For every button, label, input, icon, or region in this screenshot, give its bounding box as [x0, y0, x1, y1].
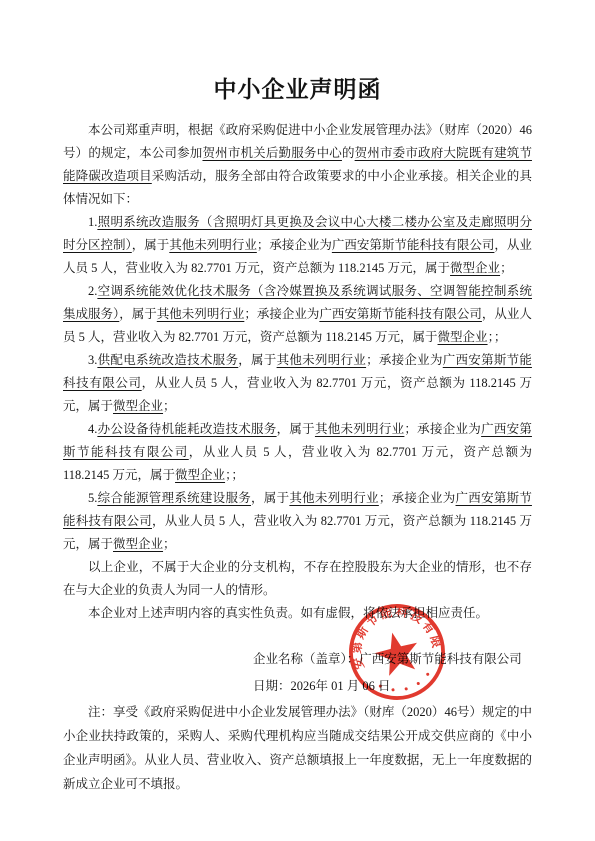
- signature-date-line: 日期：2026年 01 月 06 日: [253, 673, 532, 700]
- paragraph-item-3: 3.供配电系统改造技术服务，属于其他未列明行业；承接企业为广西安第斯节能科技有限…: [63, 349, 532, 418]
- document-title: 中小企业声明函: [0, 71, 595, 104]
- paragraph-item-1: 1.照明系统改造服务（含照明灯具更换及会议中心大楼二楼办公室及走廊照明分时分区控…: [63, 211, 532, 280]
- paragraph-item-4: 4.办公设备待机能耗改造技术服务，属于其他未列明行业；承接企业为广西安第斯节能科…: [63, 418, 532, 487]
- paragraph-responsibility: 本企业对上述声明内容的真实性负责。如有虚假，将依法承担相应责任。: [63, 602, 532, 625]
- paragraph-item-5: 5.综合能源管理系统建设服务，属于其他未列明行业；承接企业为广西安第斯节能科技有…: [63, 487, 532, 556]
- declaration-document-page: 中小企业声明函 本公司郑重声明，根据《政府采购促进中小企业发展管理办法》（财库（…: [0, 0, 595, 841]
- signature-company-line: 企业名称（盖章）：广西安第斯节能科技有限公司: [253, 646, 532, 673]
- signature-block: 企业名称（盖章）：广西安第斯节能科技有限公司 日期：2026年 01 月 06 …: [253, 646, 532, 700]
- note-paragraph: 注：享受《政府采购促进中小企业发展管理办法》（财库（2020）46号）规定的中小…: [63, 700, 532, 796]
- paragraph-intro: 本公司郑重声明，根据《政府采购促进中小企业发展管理办法》（财库（2020）46号…: [63, 119, 532, 211]
- paragraph-item-2: 2.空调系统能效优化技术服务（含冷媒置换及系统调试服务、空调智能控制系统集成服务…: [63, 280, 532, 349]
- paragraph-summary: 以上企业，不属于大企业的分支机构，不存在控股股东为大企业的情形，也不存在与大企业…: [63, 556, 532, 602]
- document-body: 本公司郑重声明，根据《政府采购促进中小企业发展管理办法》（财库（2020）46号…: [63, 119, 532, 796]
